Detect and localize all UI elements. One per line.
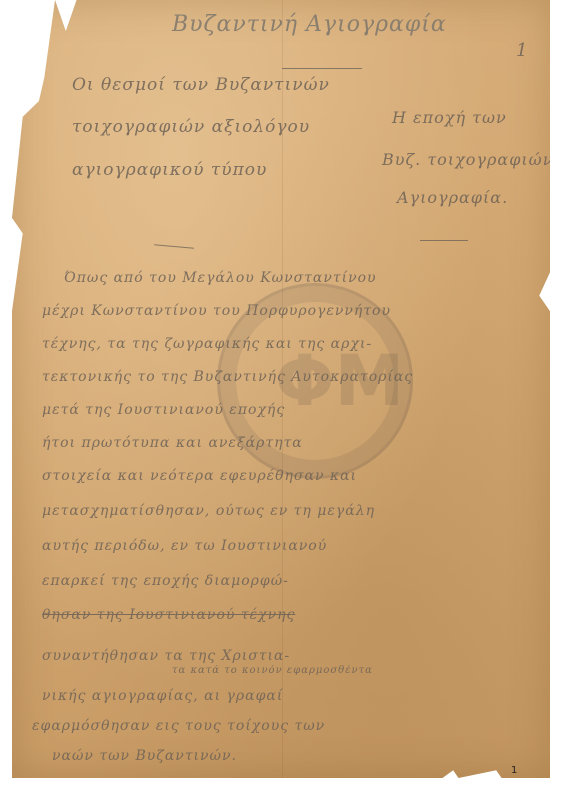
right-heading-line-3: Αγιογραφία.	[397, 188, 508, 207]
body-line-3: τέχνης, τα της ζωγραφικής και της αρχι-	[42, 336, 372, 352]
body-line-10: επαρκεί της εποχής διαμορφώ-	[42, 573, 289, 589]
body-line-4: τεκτονικής το της Βυζαντινής Αυτοκρατορί…	[42, 369, 413, 385]
body-line-2: μέχρι Κωνσταντίνου του Πορφυρογεννήτου	[42, 303, 391, 319]
marginal-insertion: τα κατά το κοινόν εφαρμοσθέντα	[172, 665, 373, 676]
body-line-8: μετασχηματίσθησαν, ούτως εν τη μεγάλη	[42, 503, 375, 519]
page-marker: 1	[516, 40, 528, 61]
body-line-12: συναντήθησαν τα της Χριστια-	[42, 648, 290, 664]
body-line-7: στοιχεία και νεότερα εφευρέθησαν και	[42, 468, 357, 484]
section-divider	[154, 244, 194, 248]
body-line-14: εφαρμόσθησαν εις τους τοίχους των	[32, 718, 325, 734]
body-line-5: μετά της Ιουστινιανού εποχής	[42, 402, 285, 418]
left-heading-line-1: Οι θεσμοί των Βυζαντινών	[72, 75, 330, 95]
title-underline	[282, 68, 362, 69]
right-heading-line-2: Βυζ. τοιχογραφιών	[382, 150, 553, 169]
body-line-15: ναών των Βυζαντινών.	[52, 748, 237, 764]
right-heading-line-1: Η εποχή των	[392, 108, 507, 127]
page-title: Βυζαντινή Αγιογραφία	[172, 12, 447, 37]
left-heading-line-3: αγιογραφικού τύπου	[72, 160, 267, 180]
scan-page-number: 1	[511, 765, 517, 776]
manuscript-page: ΦΜ Βυζαντινή Αγιογραφία 1 Οι θεσμοί των …	[12, 0, 550, 778]
right-heading-rule	[420, 240, 468, 241]
body-line-9: αυτής περιόδω, εν τω Ιουστινιανού	[42, 538, 327, 554]
body-line-6: ήτοι πρωτότυπα και ανεξάρτητα	[42, 435, 303, 451]
body-line-1: Όπως από του Μεγάλου Κωνσταντίνου	[64, 270, 377, 286]
body-line-13: νικής αγιογραφίας, αι γραφαί	[42, 688, 283, 704]
left-heading-line-2: τοιχογραφιών αξιολόγου	[72, 117, 310, 137]
body-line-11-struck: θησαν της Ιουστινιανού τέχνης	[42, 607, 295, 623]
